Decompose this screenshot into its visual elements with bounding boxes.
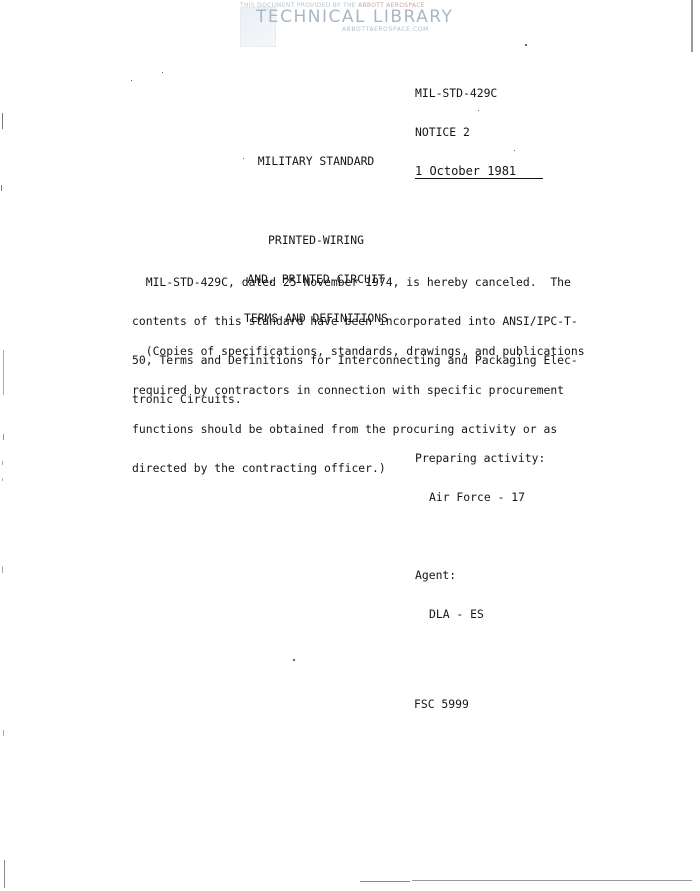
watermark-title: TECHNICAL LIBRARY	[256, 7, 453, 27]
title-line-2: PRINTED-WIRING	[216, 234, 416, 247]
scan-edge-mark	[691, 0, 693, 52]
scan-bottom-rule	[412, 880, 692, 881]
preparing-activity-label: Preparing activity:	[415, 452, 545, 465]
paragraph-line: (Copies of specifications, standards, dr…	[132, 345, 602, 358]
scan-speck	[162, 72, 163, 73]
scan-speck	[131, 80, 132, 81]
watermark-url: ABBOTTAEROSPACE.COM	[342, 26, 429, 33]
scan-edge-mark	[4, 860, 5, 888]
document-page: THIS DOCUMENT PROVIDED BY THE ABBOTT AER…	[0, 0, 700, 891]
notice-header: MIL-STD-429C NOTICE 2 1 October 1981	[415, 61, 543, 205]
notice-date: 1 October 1981	[415, 165, 543, 179]
scan-edge-mark	[2, 461, 3, 465]
watermark-technical-library: THIS DOCUMENT PROVIDED BY THE ABBOTT AER…	[238, 1, 453, 47]
paragraph-line: MIL-STD-429C, dated 25 November 1974, is…	[132, 276, 602, 289]
scan-edge-mark	[3, 730, 4, 736]
notice-number: NOTICE 2	[415, 126, 543, 139]
agent-label: Agent:	[415, 569, 545, 582]
fsc-code: FSC 5999	[414, 698, 469, 711]
scan-edge-mark	[3, 350, 4, 395]
scan-edge-mark	[2, 113, 3, 129]
scan-edge-mark	[2, 566, 3, 573]
scan-edge-mark	[2, 478, 3, 481]
preparing-activity-block: Preparing activity: Air Force - 17 Agent…	[415, 426, 545, 647]
doc-id: MIL-STD-429C	[415, 87, 543, 100]
scan-edge-mark	[3, 434, 4, 440]
scan-speck	[525, 44, 527, 46]
scan-edge-mark	[1, 185, 2, 191]
scan-speck	[243, 158, 244, 159]
scan-bottom-rule	[360, 881, 410, 882]
scan-speck	[293, 659, 295, 661]
paragraph-line: required by contractors in connection wi…	[132, 384, 602, 397]
title-military-standard: MILITARY STANDARD	[216, 155, 416, 168]
scan-speck	[514, 150, 515, 151]
preparing-activity-value: Air Force - 17	[415, 491, 545, 504]
agent-value: DLA - ES	[415, 608, 545, 621]
scan-speck	[478, 110, 479, 111]
scan-speck	[218, 397, 219, 398]
